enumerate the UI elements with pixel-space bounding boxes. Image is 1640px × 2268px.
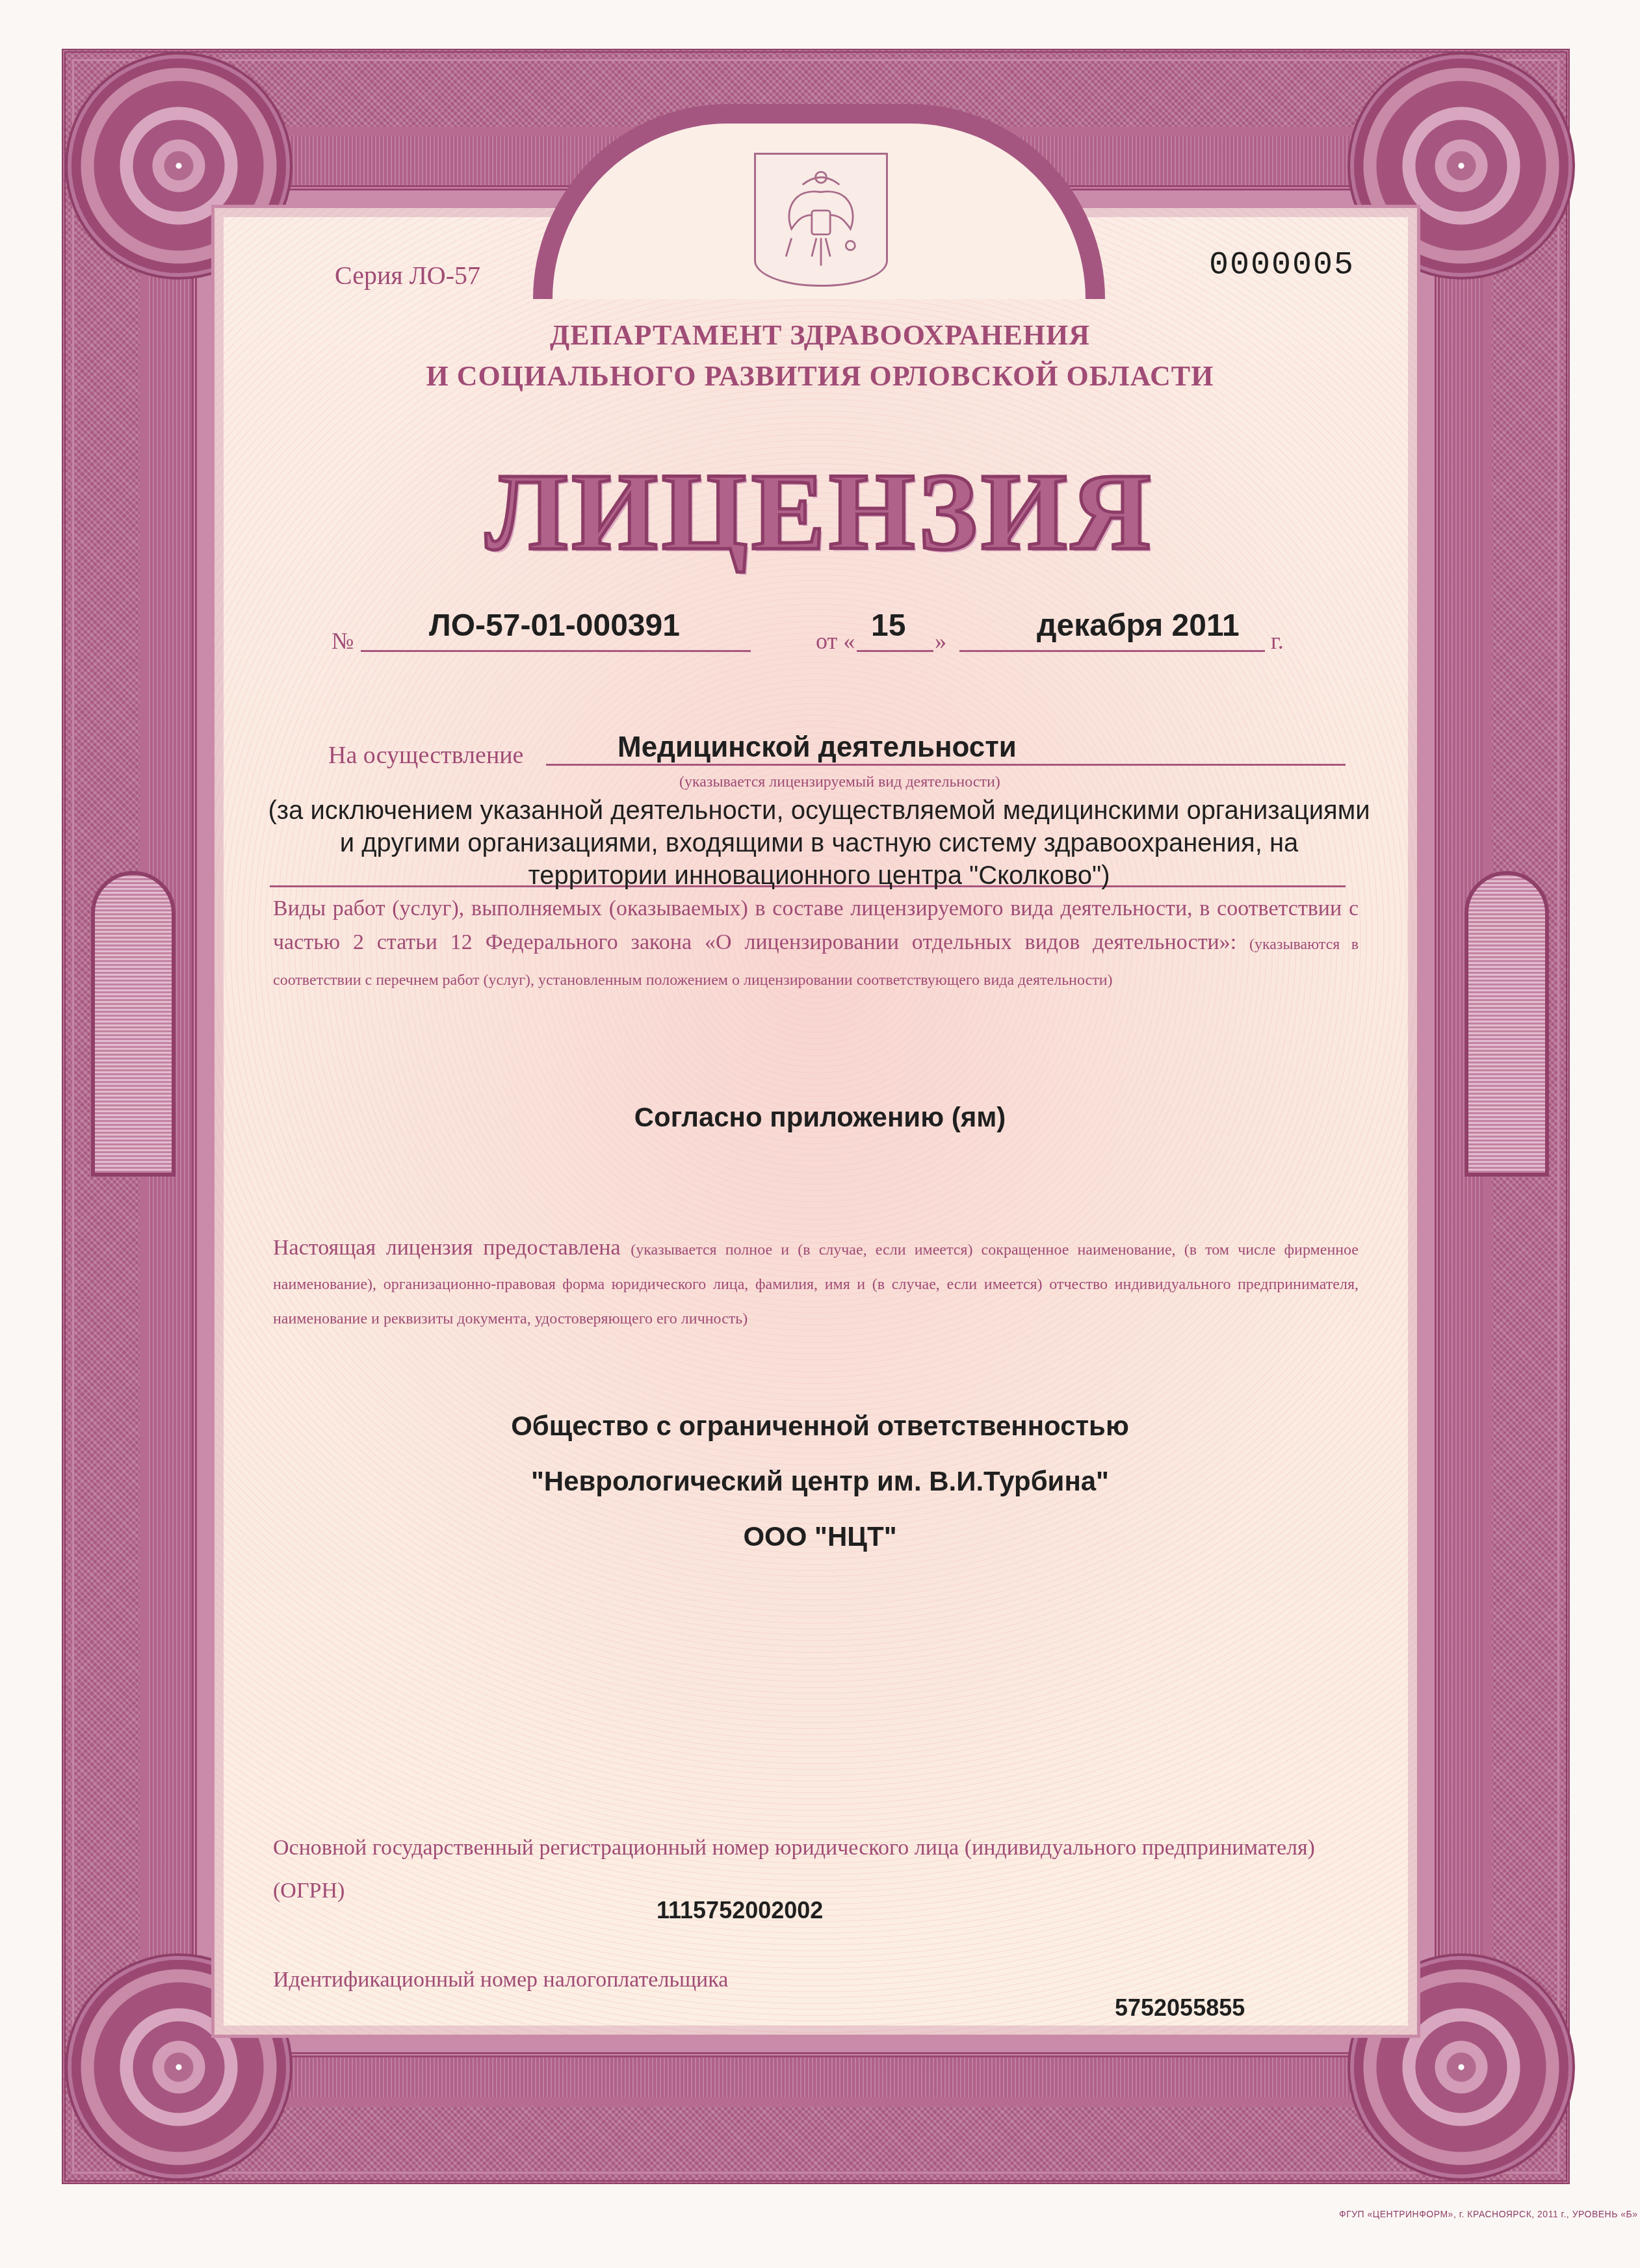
issuer-line-2: И СОЦИАЛЬНОГО РАЗВИТИЯ ОРЛОВСКОЙ ОБЛАСТИ <box>0 359 1640 393</box>
activity-label: На осуществление <box>328 741 523 770</box>
number-underline <box>361 650 751 652</box>
year-suffix: г. <box>1271 627 1284 655</box>
activity-exclusion-line-1: (за исключением указанной деятельности, … <box>234 796 1404 826</box>
license-number: ЛО-57-01-000391 <box>429 608 680 644</box>
grantee-label: Настоящая лицензия предоставлена <box>273 1236 621 1260</box>
works-text: Виды работ (услуг), выполняемых (оказыва… <box>273 896 1359 954</box>
printer-note: ФГУП «ЦЕНТРИНФОРМ», г. КРАСНОЯРСК, 2011 … <box>1339 2209 1638 2219</box>
date-close-quote: » <box>935 627 946 655</box>
activity-hint: (указывается лицензируемый вид деятельно… <box>679 774 1000 791</box>
month-year-underline <box>959 650 1265 652</box>
coat-of-arms-shield <box>754 153 888 287</box>
serial-number: 0000005 <box>1209 247 1355 284</box>
activity-exclusion-line-3: территории инновационного центра "Сколко… <box>234 861 1404 891</box>
works-description: Виды работ (услуг), выполняемых (оказыва… <box>273 892 1359 997</box>
grantee-line-3: ООО "НЦТ" <box>0 1521 1640 1552</box>
activity-underline <box>546 764 1346 766</box>
day-underline <box>857 650 933 652</box>
ogrn-value: 1115752002002 <box>657 1897 823 1924</box>
grantee-line-2: "Неврологический центр им. В.И.Турбина" <box>0 1466 1640 1497</box>
inn-label: Идентификационный номер налогоплательщик… <box>273 1963 1359 1997</box>
inn-value: 5752055855 <box>1115 1994 1245 2022</box>
document-title: ЛИЦЕНЗИЯ <box>0 449 1640 575</box>
activity-exclusion-line-2: и другими организациями, входящими в час… <box>234 829 1404 858</box>
license-day: 15 <box>871 608 905 644</box>
grantee-line-1: Общество с ограниченной ответственностью <box>0 1411 1640 1442</box>
date-from-label: от « <box>816 627 855 655</box>
issuer-line-1: ДЕПАРТАМЕНТ ЗДРАВООХРАНЕНИЯ <box>0 319 1640 352</box>
license-month-year: декабря 2011 <box>1037 608 1240 644</box>
number-label: № <box>332 627 354 655</box>
russian-coat-of-arms-icon <box>772 164 870 275</box>
series-label: Серия ЛО-57 <box>335 260 480 291</box>
activity-value: Медицинской деятельности <box>618 731 1017 764</box>
grantee-description: Настоящая лицензия предоставлена (указыв… <box>273 1232 1359 1335</box>
works-value: Согласно приложению (ям) <box>0 1102 1640 1133</box>
